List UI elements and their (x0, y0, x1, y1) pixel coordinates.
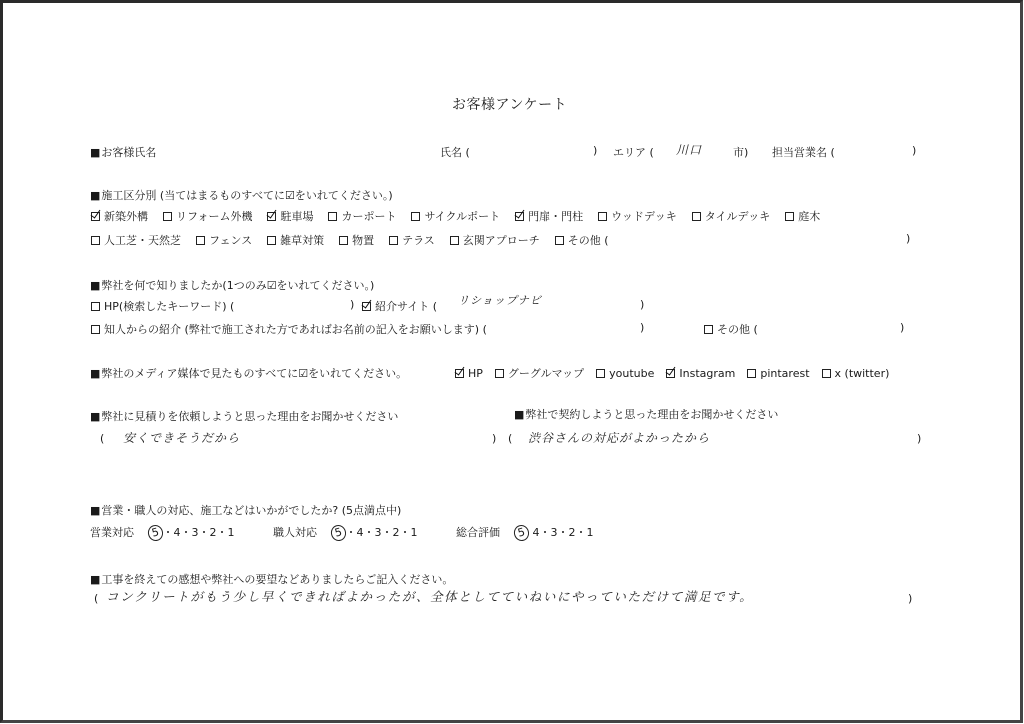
estimate-reason-close: ) (492, 432, 496, 445)
score-options[interactable]: ・4・3・2・1 (346, 526, 418, 539)
option-acquaintance[interactable]: 知人からの紹介 (弊社で施工された方であればお名前の記入をお願いします) ( (91, 321, 487, 337)
checkbox-checked-icon[interactable] (267, 212, 276, 221)
checkbox-icon[interactable] (91, 302, 100, 311)
media-google-maps[interactable]: グーグルマップ (495, 365, 584, 381)
option-parking[interactable]: 駐車場 (267, 208, 313, 224)
checkbox-icon[interactable] (267, 236, 276, 245)
option-garden-tree[interactable]: 庭木 (785, 208, 820, 224)
construction-row-1: 新築外構 リフォーム外機 駐車場 カーポート サイクルポート 門扉・門柱 ウッド… (91, 208, 835, 224)
source-heading: 弊社を何で知りましたか(1つのみ☑をいれてください。) (90, 277, 374, 293)
checkbox-icon[interactable] (785, 212, 794, 221)
checkbox-icon[interactable] (747, 369, 756, 378)
option-tile-deck[interactable]: タイルデッキ (692, 208, 771, 224)
area-field[interactable]: 川口 (676, 141, 702, 158)
construction-row-2: 人工芝・天然芝 フェンス 雑草対策 物置 テラス 玄関アプローチ その他 ( (91, 232, 624, 248)
checkbox-icon[interactable] (596, 369, 605, 378)
option-entrance-approach[interactable]: 玄関アプローチ (450, 232, 540, 248)
contract-reason-open: ( (508, 432, 512, 445)
acquaintance-close: ) (640, 321, 644, 334)
checkbox-checked-icon[interactable] (455, 369, 464, 378)
rating-sales: 営業対応 5・4・3・2・1 (90, 524, 235, 541)
name-label: 氏名 ( (440, 144, 470, 160)
checkbox-checked-icon[interactable] (515, 212, 524, 221)
option-fence[interactable]: フェンス (196, 232, 252, 248)
checkbox-icon[interactable] (495, 369, 504, 378)
option-gate[interactable]: 門扉・門柱 (515, 208, 583, 224)
option-intro-site[interactable]: 紹介サイト ( (362, 298, 437, 314)
option-turf[interactable]: 人工芝・天然芝 (91, 232, 181, 248)
checkbox-icon[interactable] (91, 236, 100, 245)
construction-heading: 施工区分別 (当てはまるものすべてに☑をいれてください。) (90, 187, 393, 203)
checkbox-icon[interactable] (91, 325, 100, 334)
checkbox-icon[interactable] (339, 236, 348, 245)
contract-reason-heading: 弊社で契約しようと思った理由をお聞かせください (514, 406, 778, 422)
customer-name-heading: お客様氏名 (90, 144, 156, 160)
feedback-field[interactable]: コンクリートがもう少し早くできればよかったが、全体としてていねいにやっていただけ… (106, 587, 753, 605)
score-options[interactable]: 4・3・2・1 (533, 526, 594, 539)
checkbox-icon[interactable] (196, 236, 205, 245)
hp-keyword-close: ) (350, 298, 354, 311)
feedback-open: ( (94, 592, 98, 605)
rating-overall: 総合評価 54・3・2・1 (456, 524, 594, 541)
checkbox-checked-icon[interactable] (362, 302, 371, 311)
estimate-reason-open: ( (100, 432, 104, 445)
score-selected-circle[interactable]: 5 (512, 523, 531, 542)
media-pinterest[interactable]: pintarest (747, 367, 809, 380)
option-carport[interactable]: カーポート (328, 208, 396, 224)
option-new-exterior[interactable]: 新築外構 (91, 208, 148, 224)
option-wood-deck[interactable]: ウッドデッキ (598, 208, 677, 224)
media-options: HP グーグルマップ youtube Instagram pintarest x… (455, 365, 889, 381)
checkbox-icon[interactable] (555, 236, 564, 245)
option-other[interactable]: その他 ( (555, 232, 609, 248)
sales-rep-label: 担当営業名 ( (772, 144, 835, 160)
option-cycleport[interactable]: サイクルポート (411, 208, 500, 224)
checkbox-icon[interactable] (450, 236, 459, 245)
option-source-other[interactable]: その他 ( (704, 321, 758, 337)
estimate-reason-heading: 弊社に見積りを依頼しようと思った理由をお聞かせください (90, 408, 398, 424)
checkbox-icon[interactable] (163, 212, 172, 221)
media-youtube[interactable]: youtube (596, 367, 654, 380)
feedback-close: ) (908, 592, 912, 605)
intro-site-close: ) (640, 298, 644, 311)
page-title: お客様アンケート (452, 94, 567, 114)
media-hp[interactable]: HP (455, 367, 483, 380)
checkbox-icon[interactable] (328, 212, 337, 221)
rating-heading: 営業・職人の対応、施工などはいかがでしたか? (5点満点中) (90, 502, 401, 518)
option-hp-keyword[interactable]: HP(検索したキーワード) ( (91, 298, 234, 314)
estimate-reason-field[interactable]: 安くできそうだから (123, 429, 240, 446)
sales-rep-close: ) (912, 144, 916, 157)
option-terrace[interactable]: テラス (389, 232, 435, 248)
checkbox-checked-icon[interactable] (666, 369, 675, 378)
checkbox-icon[interactable] (704, 325, 713, 334)
checkbox-icon[interactable] (692, 212, 701, 221)
area-label: エリア ( (613, 144, 654, 160)
feedback-heading: 工事を終えての感想や弊社への要望などありましたらご記入ください。 (90, 571, 453, 587)
name-close: ) (593, 144, 597, 157)
name-field[interactable] (473, 142, 588, 158)
option-weed-control[interactable]: 雑草対策 (267, 232, 324, 248)
construction-other-close: ) (906, 232, 910, 245)
intro-site-field[interactable]: リショップナビ (458, 292, 542, 308)
option-storage[interactable]: 物置 (339, 232, 374, 248)
checkbox-icon[interactable] (598, 212, 607, 221)
checkbox-icon[interactable] (389, 236, 398, 245)
contract-reason-close: ) (917, 432, 921, 445)
media-twitter[interactable]: x (twitter) (822, 367, 890, 380)
source-other-close: ) (900, 321, 904, 334)
media-instagram[interactable]: Instagram (666, 367, 735, 380)
score-options[interactable]: ・4・3・2・1 (163, 526, 235, 539)
media-heading: 弊社のメディア媒体で見たものすべてに☑をいれてください。 (90, 365, 407, 381)
checkbox-icon[interactable] (822, 369, 831, 378)
option-reform-exterior[interactable]: リフォーム外機 (163, 208, 252, 224)
rating-craftsman: 職人対応 5・4・3・2・1 (273, 524, 418, 541)
checkbox-checked-icon[interactable] (91, 212, 100, 221)
checkbox-icon[interactable] (411, 212, 420, 221)
sales-rep-field[interactable] (845, 142, 905, 158)
area-suffix: 市) (733, 144, 748, 160)
contract-reason-field[interactable]: 渋谷さんの対応がよかったから (528, 429, 710, 446)
